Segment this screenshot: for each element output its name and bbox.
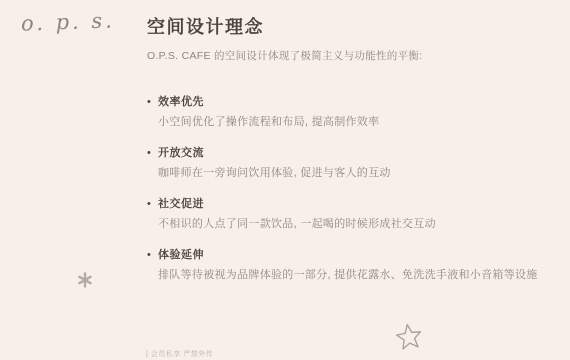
bullet-description: 不相识的人点了同一款饮品, 一起喝的时候形成社交互动	[158, 218, 547, 231]
slide-content: 空间设计理念 O.P.S. CAFE 的空间设计体现了极简主义与功能性的平衡: …	[147, 13, 547, 300]
ops-logo: o. p. s.	[21, 8, 116, 35]
page-title: 空间设计理念	[147, 13, 547, 39]
bullet-heading: 体验延伸	[158, 249, 204, 261]
list-item: • 社交促进 不相识的人点了同一款饮品, 一起喝的时候形成社交互动	[147, 198, 547, 231]
bullet-icon: •	[147, 249, 158, 261]
bullet-heading-row: • 体验延伸	[147, 249, 547, 261]
list-item: • 开放交流 咖啡师在一旁询问饮用体验, 促进与客人的互动	[147, 147, 547, 180]
bullet-heading-row: • 社交促进	[147, 198, 547, 210]
bullet-icon: •	[147, 96, 158, 108]
slide-canvas: o. p. s. 空间设计理念 O.P.S. CAFE 的空间设计体现了极简主义…	[0, 0, 570, 360]
star-outline-icon	[392, 320, 426, 354]
bullet-heading-row: • 效率优先	[147, 96, 547, 108]
bullet-icon: •	[147, 147, 158, 159]
page-subtitle: O.P.S. CAFE 的空间设计体现了极简主义与功能性的平衡:	[147, 48, 547, 63]
bullet-description: 咖啡师在一旁询问饮用体验, 促进与客人的互动	[158, 167, 547, 180]
bullet-description: 小空间优化了操作流程和布局, 提高制作效率	[158, 116, 547, 129]
bullet-heading: 效率优先	[158, 96, 204, 108]
bullet-description: 排队等待被视为品牌体验的一部分, 提供花露水、免洗洗手液和小音箱等设施	[158, 269, 547, 282]
watermark-text: | 会员私享 严禁外传	[146, 349, 213, 359]
bullet-heading-row: • 开放交流	[147, 147, 547, 159]
list-item: • 体验延伸 排队等待被视为品牌体验的一部分, 提供花露水、免洗洗手液和小音箱等…	[147, 249, 547, 282]
bullet-heading: 社交促进	[158, 198, 204, 210]
bullet-icon: •	[147, 198, 158, 210]
bullet-heading: 开放交流	[158, 147, 204, 159]
list-item: • 效率优先 小空间优化了操作流程和布局, 提高制作效率	[147, 96, 547, 129]
asterisk-icon	[77, 272, 93, 288]
bullet-list: • 效率优先 小空间优化了操作流程和布局, 提高制作效率 • 开放交流 咖啡师在…	[147, 96, 547, 282]
